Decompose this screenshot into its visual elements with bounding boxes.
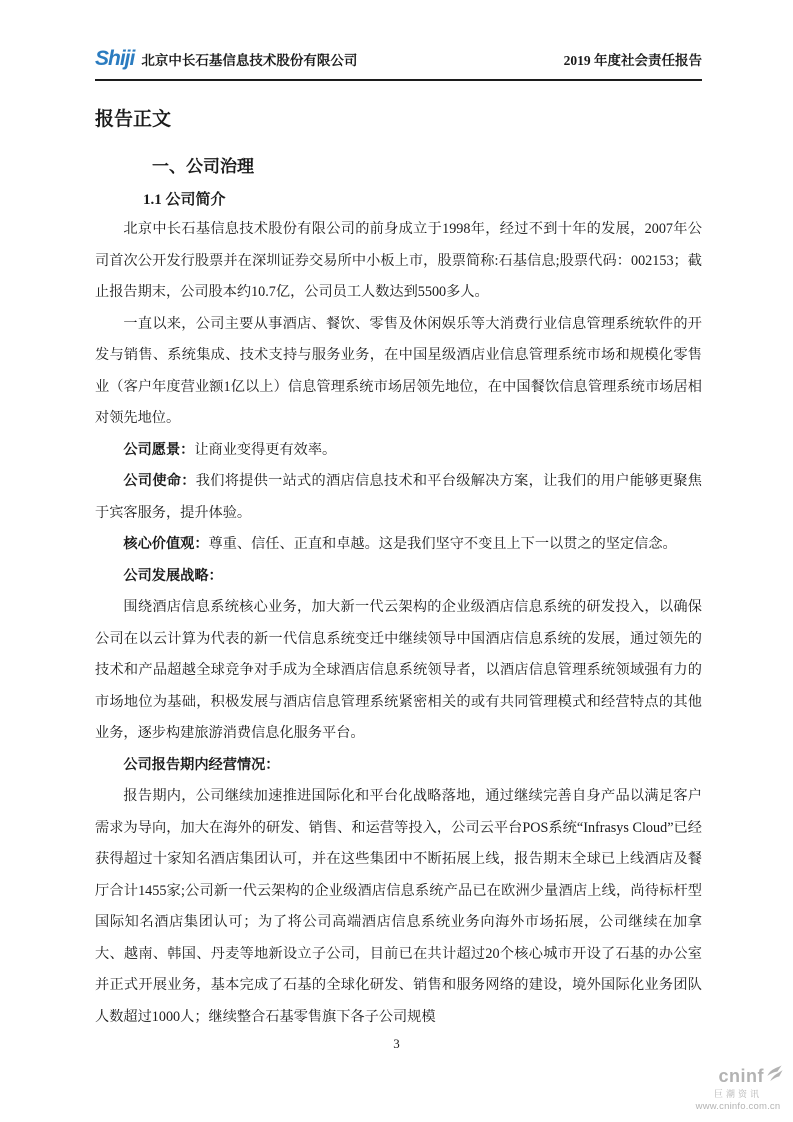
core-values-text: 尊重、信任、正直和卓越。这是我们坚守不变且上下一以贯之的坚定信念。 <box>209 536 677 552</box>
operations-label: 公司报告期内经营情况： <box>123 757 279 773</box>
header-report-title: 2019 年度社会责任报告 <box>564 52 702 70</box>
paragraph-vision: 公司愿景：让商业变得更有效率。 <box>95 435 702 467</box>
page-header: Shiji 北京中长石基信息技术股份有限公司 2019 年度社会责任报告 <box>95 48 702 81</box>
paragraph-strategy-label: 公司发展战略： <box>95 561 702 593</box>
paragraph-core-values: 核心价值观：尊重、信任、正直和卓越。这是我们坚守不变且上下一以贯之的坚定信念。 <box>95 529 702 561</box>
cninfo-watermark: cninf 巨潮资讯 www.cninfo.com.cn <box>690 1064 786 1113</box>
header-company-name: 北京中长石基信息技术股份有限公司 <box>141 52 357 70</box>
core-values-label: 核心价值观： <box>123 536 208 552</box>
paragraph-strategy: 围绕酒店信息系统核心业务，加大新一代云架构的企业级酒店信息系统的研发投入，以确保… <box>95 592 702 750</box>
shiji-logo: Shiji <box>95 48 134 70</box>
vision-text: 让商业变得更有效率。 <box>194 442 336 458</box>
doc-title: 报告正文 <box>95 106 702 134</box>
cninfo-brand-text: cninf <box>719 1066 765 1087</box>
paragraph-company-business: 一直以来，公司主要从事酒店、餐饮、零售及休闲娱乐等大消费行业信息管理系统软件的开… <box>95 309 702 435</box>
strategy-label: 公司发展战略： <box>123 568 222 584</box>
section-heading-governance: 一、公司治理 <box>152 154 702 180</box>
mission-label: 公司使命： <box>123 473 195 489</box>
vision-label: 公司愿景： <box>123 442 194 458</box>
page-number: 3 <box>0 1036 793 1052</box>
document-page: Shiji 北京中长石基信息技术股份有限公司 2019 年度社会责任报告 报告正… <box>0 0 793 1122</box>
cninfo-swoosh-icon <box>765 1064 784 1088</box>
subsection-heading-profile: 1.1 公司简介 <box>143 189 702 211</box>
paragraph-mission: 公司使命：我们将提供一站式的酒店信息技术和平台级解决方案，让我们的用户能够更聚焦… <box>95 466 702 529</box>
cninfo-url: www.cninfo.com.cn <box>690 1102 786 1113</box>
paragraph-operations: 报告期内，公司继续加速推进国际化和平台化战略落地，通过继续完善自身产品以满足客户… <box>95 781 702 1033</box>
document-body: 报告正文 一、公司治理 1.1 公司简介 北京中长石基信息技术股份有限公司的前身… <box>95 98 702 1033</box>
paragraph-company-intro: 北京中长石基信息技术股份有限公司的前身成立于1998年，经过不到十年的发展，20… <box>95 214 702 309</box>
paragraph-operations-label: 公司报告期内经营情况： <box>95 750 702 782</box>
cninfo-chinese-name: 巨潮资讯 <box>690 1089 786 1099</box>
